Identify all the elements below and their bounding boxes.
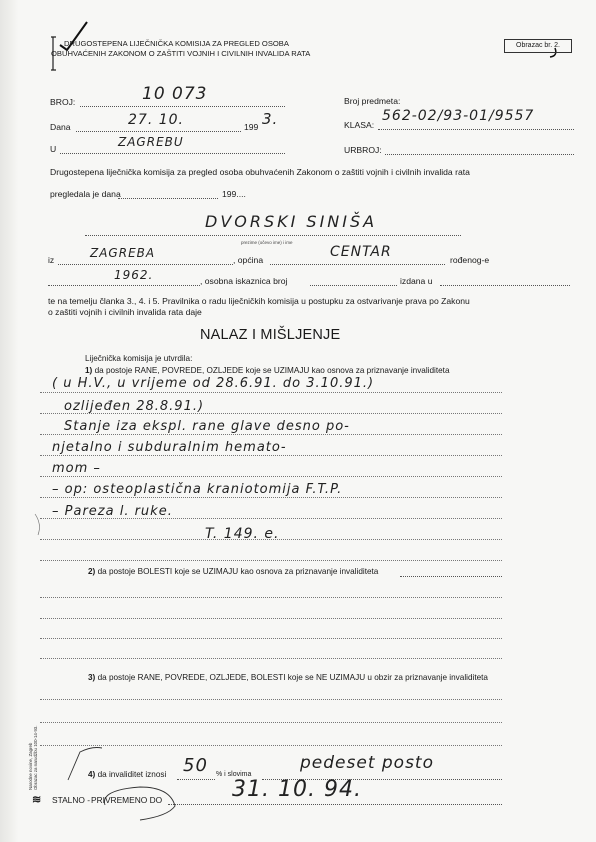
osobna-label: , osobna iskaznica broj [200,276,287,286]
iz-value[interactable]: ZAGREBA [90,246,155,260]
dana-label: Dana [50,122,71,132]
broj-label: BROJ: [50,97,75,107]
item4-text: 4) da invaliditet iznosi [88,770,166,779]
item1-number: 1) [85,366,92,375]
iz-line [58,264,233,265]
urbroj-line[interactable] [385,154,574,155]
izdana-label: izdana u [400,276,433,286]
ruled-line[interactable] [40,722,502,723]
item4-label: da invaliditet iznosi [98,770,167,779]
stalno-label[interactable]: STALNO - [52,795,90,805]
pregledala-year: 199.... [222,189,246,199]
org-name-line1: DRUGOSTEPENA LIJEČNIČKA KOMISIJA ZA PREG… [64,39,289,49]
section-title: NALAZ I MIŠLJENJE [200,327,340,343]
item1-label: da postoje RANE, POVREDE, OZLJEDE koje s… [95,366,450,375]
item2-number: 2) [88,567,95,576]
ruled-line [40,497,502,498]
handwritten-line[interactable]: T. 149. e. [205,526,279,542]
percent-words[interactable]: pedeset posto [300,753,434,773]
item3-text: 3) da postoje RANE, POVREDE, OZLJEDE, BO… [88,673,488,682]
item2-text: 2) da postoje BOLESTI koje se UZIMAJU ka… [88,567,378,576]
year-prefix: 199 [244,122,258,132]
u-value[interactable]: ZAGREBU [118,135,184,149]
handwritten-line[interactable]: Stanje iza ekspl. rane glave desno po- [64,419,350,434]
pregledala-line[interactable] [118,198,218,199]
ruled-line [40,560,502,561]
printer-imprint: Narodne novine, Zagreb Obrazac za narudž… [28,726,38,790]
iz-label: iz [48,255,54,265]
klasa-value[interactable]: 562-02/93-01/9557 [382,108,534,124]
privremeno-value[interactable]: 31. 10. 94. [232,777,362,802]
broj-value[interactable]: 10 073 [142,84,207,104]
name-caption: prezime (očevo ime) i ime [241,240,293,245]
ruled-line[interactable] [40,618,502,619]
org-name-line2: OBUHVAĆENIH ZAKONOM O ZAŠTITI VOJNIH I C… [51,49,310,59]
item1-text: 1) da postoje RANE, POVREDE, OZLJEDE koj… [85,366,450,375]
intro-sentence: Drugostepena liječnička komisija za preg… [50,167,470,177]
percent-value[interactable]: 50 [183,755,208,776]
urbroj-label: URBROJ: [344,145,382,155]
item3-number: 3) [88,673,95,682]
handwritten-line[interactable]: – op: osteoplastična kraniotomija F.T.P. [52,482,342,497]
u-line [60,153,285,154]
ruled-line[interactable] [40,745,502,746]
klasa-line [378,129,574,130]
klasa-label: KLASA: [344,120,374,130]
ruled-line[interactable] [40,638,502,639]
form-number-box: Obrazac br. 2. [504,39,572,53]
izdana-line[interactable] [440,285,570,286]
handwritten-line[interactable]: – Pareza l. ruke. [52,504,173,519]
opcina-value[interactable]: CENTAR [330,244,392,260]
item2-inline-line[interactable] [400,576,502,577]
privremeno-label[interactable]: PRIVREMENO DO [91,795,162,805]
broj-predmeta-label: Broj predmeta: [344,96,400,106]
item3-label: da postoje RANE, POVREDE, OZLJEDE, BOLES… [98,673,488,682]
temelj-line1: te na temelju članka 3., 4. i 5. Praviln… [48,296,470,306]
broj-line [80,106,285,107]
ruled-line [40,455,502,456]
publisher-logo-icon: ≋ [32,793,41,806]
utvrdila-label: Liječnička komisija je utvrdila: [85,354,192,363]
ruled-line [40,434,502,435]
birth-year-value[interactable]: 1962. [114,268,153,282]
handwritten-line[interactable]: ozlijeđen 28.8.91.) [64,399,204,414]
year-value[interactable]: 3. [262,110,278,128]
percent-line [177,779,215,780]
rodenog-label: rođenog-e [450,255,489,265]
ruled-line[interactable] [40,699,502,700]
name-value[interactable]: DVORSKI SINIŠA [205,212,377,231]
osobna-line[interactable] [310,285,397,286]
form-page: DRUGOSTEPENA LIJEČNIČKA KOMISIJA ZA PREG… [0,0,596,842]
handwritten-line[interactable]: njetalno i subduralnim hemato- [52,440,287,455]
dana-line [76,131,241,132]
temelj-line2: o zaštiti vojnih i civilnih invalida rat… [48,307,202,317]
birth-line [48,285,200,286]
ruled-line [40,476,502,477]
pregledala-label: pregledala je dana [50,189,121,199]
dana-value[interactable]: 27. 10. [128,112,184,128]
printer-line2: Obrazac za narudžbu 100-14-93. [33,726,38,790]
item4-number: 4) [88,770,95,779]
ruled-line[interactable] [40,658,502,659]
name-line [85,235,461,236]
opcina-label: , općina [233,255,263,265]
ruled-line [40,392,502,393]
privremeno-line [168,804,502,805]
item2-label: da postoje BOLESTI koje se UZIMAJU kao o… [98,567,379,576]
handwritten-line[interactable]: ( u H.V., u vrijeme od 28.6.91. do 3.10.… [52,376,374,391]
u-label: U [50,144,56,154]
opcina-line [270,264,445,265]
handwritten-line[interactable]: mom – [52,461,101,476]
ruled-line[interactable] [40,597,502,598]
